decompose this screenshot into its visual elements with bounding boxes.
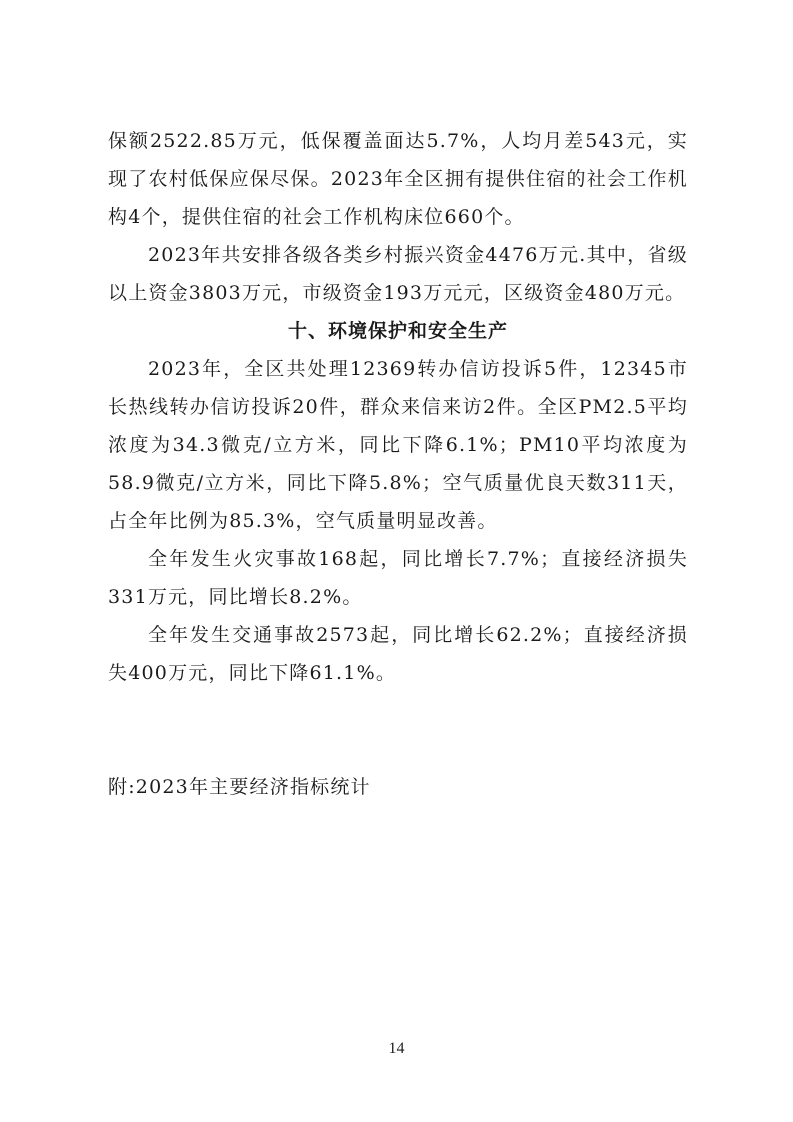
document-page: 保额2522.85万元，低保覆盖面达5.7%，人均月差543元，实现了农村低保应… [0, 0, 793, 1122]
section-heading-environment-safety: 十、环境保护和安全生产 [108, 312, 688, 350]
paragraph-fire-accidents: 全年发生火灾事故168起，同比增长7.7%；直接经济损失331万元，同比增长8.… [108, 540, 688, 616]
page-number: 14 [0, 1040, 793, 1058]
paragraph-social-assistance: 保额2522.85万元，低保覆盖面达5.7%，人均月差543元，实现了农村低保应… [108, 122, 688, 236]
page-content: 保额2522.85万元，低保覆盖面达5.7%，人均月差543元，实现了农村低保应… [108, 122, 688, 806]
paragraph-traffic-accidents: 全年发生交通事故2573起，同比增长62.2%；直接经济损失400万元，同比下降… [108, 616, 688, 692]
paragraph-environment: 2023年，全区共处理12369转办信访投诉5件，12345市长热线转办信访投诉… [108, 350, 688, 540]
appendix-note: 附:2023年主要经济指标统计 [108, 768, 688, 806]
paragraph-rural-revitalization-funds: 2023年共安排各级各类乡村振兴资金4476万元.其中，省级以上资金3803万元… [108, 236, 688, 312]
